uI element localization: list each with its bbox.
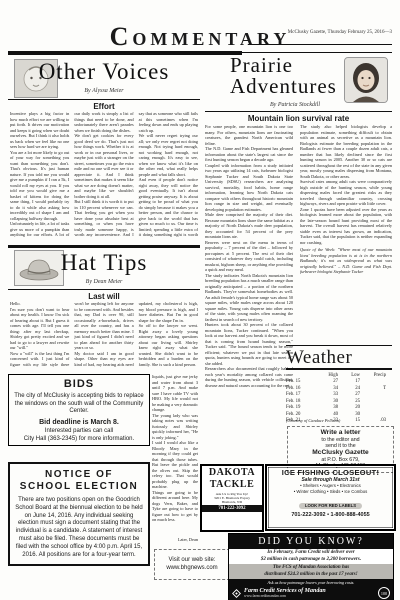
bids-call-line2: City Hall (363-2345) for more informatio… xyxy=(14,436,144,442)
weather-low: 30 xyxy=(338,412,360,418)
hat-tips-title: Hat Tips xyxy=(8,250,200,276)
last-will-body-continued: liquids, just give me jerky and water fr… xyxy=(152,374,198,534)
100-badge: 100 xyxy=(378,587,390,599)
weather-header-high: High xyxy=(316,373,338,379)
weather-low: 24 xyxy=(338,386,360,392)
ice-fishing-phones: 701-222-3092 • 1-800-888-4055 xyxy=(269,512,392,518)
last-will-body: Hello. I'm sure you don't want to hear a… xyxy=(10,301,198,371)
ice-fishing-red-labels: LOOK FOR RED LABELS xyxy=(299,503,362,509)
weather-precip xyxy=(360,399,386,405)
weather-high: 40 xyxy=(316,412,338,418)
weather-low: 25 xyxy=(338,399,360,405)
bids-deadline: Bid deadline is March 8. xyxy=(14,419,144,426)
columnist-portrait-art xyxy=(345,58,387,102)
weather-date: Feb. 16 xyxy=(286,386,316,392)
ice-fishing-headline: ICE FISHING CLOSEOUT! xyxy=(269,468,392,477)
did-you-know-headline: DID YOU KNOW? xyxy=(229,534,393,549)
website-line1: Visit our web site: xyxy=(157,556,227,564)
mountain-lion-body-col1: For some people, one mountain lion is on… xyxy=(205,124,293,436)
quote-attribution: Quote of the Week: "Where most of our mo… xyxy=(300,247,392,275)
weather-table: High Low Precip Feb. 15 27 17 Feb. 16 34… xyxy=(286,372,392,424)
website-url: www.bhgnews.com xyxy=(157,564,227,572)
weather-top-rule xyxy=(286,345,392,346)
bids-title: BIDS xyxy=(14,378,144,390)
weather-date: Feb. 17 xyxy=(286,392,316,398)
weather-precip xyxy=(360,405,386,411)
prairie-rule xyxy=(205,111,392,112)
last-will-signoff: Later, Dean xyxy=(152,537,198,543)
other-voices-byline: By Alyssa Meier xyxy=(8,88,200,94)
notice-title-line1: NOTICE OF xyxy=(14,469,144,481)
bids-call-line1: Interested parties can call xyxy=(14,428,144,434)
prairie-title: Prairie Adventures xyxy=(230,55,350,97)
hat-tips-rule xyxy=(8,289,200,290)
weather-title: Weather xyxy=(286,347,352,369)
header-rule-thin-top xyxy=(248,44,392,45)
ice-fishing-items2: • Winter Clothing • Sleds • Ice Combos xyxy=(269,489,392,495)
dyk-ask-line: Ask us how patronage lowers your borrowi… xyxy=(229,579,393,586)
other-voices-rule xyxy=(8,99,200,101)
farm-credit-name: Farm Credit Services of Mandan xyxy=(244,588,375,595)
weather-header-row: High Low Precip xyxy=(286,372,392,379)
weather-row: Feb. 20 40 30 xyxy=(286,411,392,418)
page-title: Commentary xyxy=(0,22,400,52)
hat-tips-byline: By Dean Meier xyxy=(8,279,200,285)
mountain-lion-body-col2: The study also helped biologists develop… xyxy=(300,124,392,245)
weather-low: 20 xyxy=(338,405,360,411)
weather-date: Feb. 20 xyxy=(286,412,316,418)
weather-precip: T xyxy=(360,386,386,392)
weather-row: Feb. 18 30 25 xyxy=(286,398,392,405)
weather-date: Feb. 19 xyxy=(286,405,316,411)
effort-body: Incentive plays a big factor in how much… xyxy=(10,111,198,242)
hat-tips-top-rule xyxy=(8,245,200,248)
notice-title-line2: SCHOOL ELECTION xyxy=(14,481,144,493)
dakota-tackle-name-line2: TACKLE xyxy=(202,480,262,490)
did-you-know-ad: DID YOU KNOW? In February, Farm Credit w… xyxy=(228,533,394,600)
weather-high: 34 xyxy=(316,386,338,392)
weather-row: Feb. 19 38 20 xyxy=(286,405,392,412)
school-election-notice-box: NOTICE OF SCHOOL ELECTION There are two … xyxy=(8,462,150,566)
farm-credit-brand-bar: Farm Credit Services of Mandan www.farmc… xyxy=(229,586,393,600)
weather-precip xyxy=(360,392,386,398)
dakota-tackle-name-line1: DAKOTA xyxy=(202,468,262,478)
columnist-portrait-photo xyxy=(344,57,388,103)
dakota-tackle-phone: 701-222-3092 xyxy=(202,505,262,512)
dyk-line2: $2 million in cash patronage to 2,200 bo… xyxy=(229,557,393,564)
dyk-gray-bar: The FCS of Mandan Association has distri… xyxy=(229,564,393,579)
weather-low: 17 xyxy=(338,379,360,385)
weather-row: Feb. 17 33 27 xyxy=(286,392,392,399)
weather-header-precip: Precip xyxy=(360,373,386,379)
mountain-lion-body-col2-wrap: The study also helped biologists develop… xyxy=(300,124,392,342)
header-rule-thick xyxy=(8,51,242,55)
weather-header-date xyxy=(286,373,316,379)
dyk-gray-line2: distributed $24.3 million in the past 17… xyxy=(229,572,393,579)
effort-headline: Effort xyxy=(8,102,200,111)
bids-body: The city of McClusky is accepting bids t… xyxy=(14,393,144,416)
weather-row: Feb. 16 34 24 T xyxy=(286,385,392,392)
farm-credit-logo xyxy=(232,589,241,598)
last-will-headline: Last will xyxy=(8,292,200,301)
mountain-lion-headline: Mountain lion survival rate xyxy=(205,114,392,123)
weather-precip xyxy=(360,412,386,418)
weather-low: 27 xyxy=(338,392,360,398)
prairie-byline: By Patricia Stockdill xyxy=(240,102,350,108)
weather-high: 27 xyxy=(316,379,338,385)
weather-high: 38 xyxy=(316,405,338,411)
prairie-title-line2: Adventures xyxy=(230,76,350,97)
weather-high: 33 xyxy=(316,392,338,398)
weather-high: 30 xyxy=(316,399,338,405)
letter-line1: Write a letter xyxy=(289,429,392,437)
other-voices-title: Other Voices xyxy=(8,59,200,85)
weather-date: Feb. 15 xyxy=(286,379,316,385)
dakota-tackle-address2: Bismarck, ND xyxy=(202,500,262,504)
farm-credit-url: www.farmcreditmandan.com xyxy=(244,594,375,598)
weather-underline xyxy=(286,368,392,370)
newspaper-commentary-page: McClusky Gazette, Thursday February 25, … xyxy=(0,0,400,600)
weather-precip xyxy=(360,379,386,385)
letter-line4: McClusky Gazette xyxy=(289,449,392,457)
bids-notice-box: BIDS The city of McClusky is accepting b… xyxy=(8,374,150,446)
prairie-title-line1: Prairie xyxy=(230,55,350,76)
weather-header-low: Low xyxy=(338,373,360,379)
weather-row: Feb. 15 27 17 xyxy=(286,379,392,386)
dakota-tackle-ad: DAKOTA TACKLE Ask Us to Rig You Up! 3201… xyxy=(200,464,264,532)
website-box: Visit our web site: www.bhgnews.com xyxy=(154,549,230,580)
ice-fishing-ad: ICE FISHING CLOSEOUT! Sale through March… xyxy=(265,464,396,531)
notice-body: There are two positions open on the Good… xyxy=(14,497,144,559)
weather-courtesy: (Courtesy of Candace Pellison) xyxy=(286,418,392,423)
weather-date: Feb. 18 xyxy=(286,399,316,405)
